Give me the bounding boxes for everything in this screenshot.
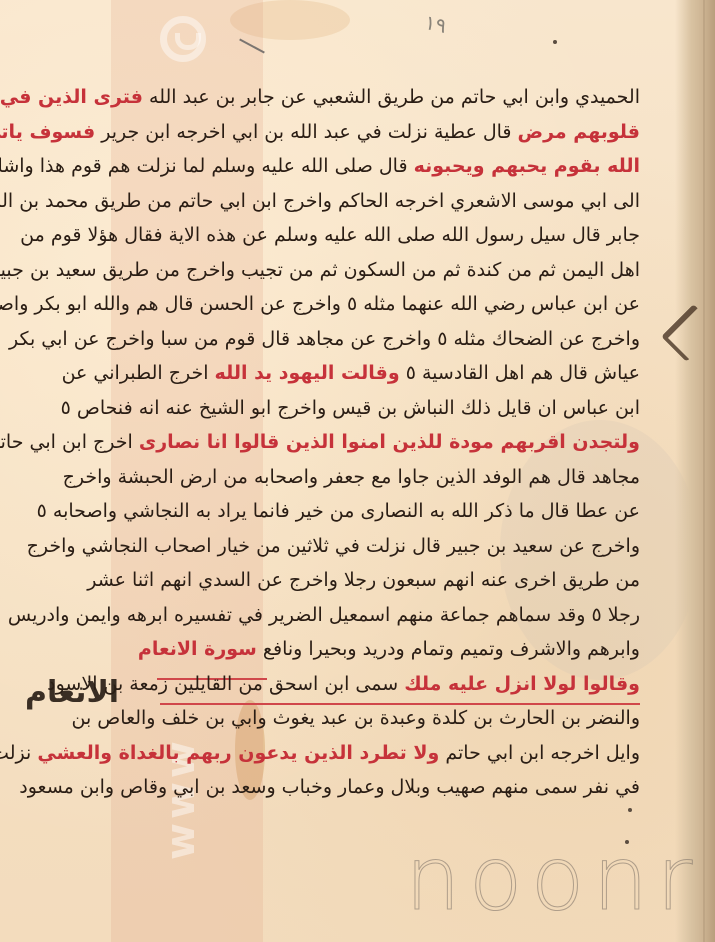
rubric-text: قلوبهم مرض bbox=[518, 121, 640, 143]
watermark-bottom-text: noonr bbox=[405, 835, 700, 923]
body-text: سمى ابن اسحق من القايلين زمعة بن الاسود bbox=[47, 673, 404, 695]
body-text: قال صلى الله عليه وسلم لما نزلت هم قوم ه… bbox=[0, 155, 414, 177]
body-text: اخرج الطبراني عن bbox=[62, 362, 215, 384]
body-text: عياش قال هم اهل القادسية ٥ bbox=[400, 362, 640, 384]
text-line: عياش قال هم اهل القادسية ٥ وقالت اليهود … bbox=[150, 356, 640, 391]
body-text: رجلا ٥ وقد سماهم جماعة منهم اسمعيل الضري… bbox=[8, 604, 640, 626]
body-text: عن ابن عباس رضي الله عنهما مثله ٥ واخرج … bbox=[0, 293, 640, 315]
text-line: وقالوا لولا انزل عليه ملك سمى ابن اسحق م… bbox=[150, 667, 640, 702]
text-line: اهل اليمن ثم من كندة ثم من السكون ثم من … bbox=[150, 253, 640, 288]
rubric-text: وقالت اليهود يد الله bbox=[215, 362, 400, 384]
manuscript-text: الحميدي وابن ابي حاتم من طريق الشعبي عن … bbox=[150, 80, 640, 805]
text-line: واخرج عن الضحاك مثله ٥ واخرج عن مجاهد قا… bbox=[150, 322, 640, 357]
rubric-text: ولا تطرد الذين يدعون ربهم بالغداة والعشي bbox=[37, 742, 439, 764]
body-text: وابرهم والاشرف وتميم وتمام ودريد وبحيرا … bbox=[257, 638, 640, 660]
text-line: مجاهد قال هم الوفد الذين جاوا مع جعفر وا… bbox=[150, 460, 640, 495]
text-line: رجلا ٥ وقد سماهم جماعة منهم اسمعيل الضري… bbox=[150, 598, 640, 633]
body-text: اهل اليمن ثم من كندة ثم من السكون ثم من … bbox=[0, 259, 640, 281]
body-text: واخرج عن الضحاك مثله ٥ واخرج عن مجاهد قا… bbox=[9, 328, 640, 350]
page-number: ١٩ bbox=[423, 10, 449, 38]
body-text: اخرج ابن ابي حاتم عن bbox=[0, 431, 139, 453]
body-text: من طريق اخرى عنه انهم سبعون رجلا واخرج ع… bbox=[87, 569, 640, 591]
rubric-text: فسوف ياتي bbox=[0, 121, 95, 143]
watermark-vertical-text: www bbox=[158, 820, 204, 860]
body-text: الى ابي موسى الاشعري اخرجه الحاكم واخرج … bbox=[0, 190, 640, 212]
text-line: وابرهم والاشرف وتميم وتمام ودريد وبحيرا … bbox=[150, 632, 640, 667]
manuscript-page: www ١٩ الانعام الحميدي وابن ابي حاتم من … bbox=[0, 0, 715, 942]
body-text: والنضر بن الحارث بن كلدة وعبدة بن عبد يغ… bbox=[72, 707, 640, 729]
rubric-text: ولتجدن اقربهم مودة للذين امنوا الذين قال… bbox=[139, 431, 640, 453]
body-text: في نفر سمى منهم صهيب وبلال وعمار وخباب و… bbox=[19, 776, 640, 798]
text-line: الى ابي موسى الاشعري اخرجه الحاكم واخرج … bbox=[150, 184, 640, 219]
body-text: واخرج عن سعيد بن جبير قال نزلت في ثلاثين… bbox=[27, 535, 640, 557]
page-edge-line bbox=[703, 0, 705, 942]
rubric-text: وقالوا لولا انزل عليه ملك bbox=[404, 673, 640, 695]
text-line: جابر قال سيل رسول الله صلى الله عليه وسل… bbox=[150, 218, 640, 253]
body-text: ابن عباس ان قايل ذلك النباش بن قيس واخرج… bbox=[61, 397, 640, 419]
body-text: جابر قال سيل رسول الله صلى الله عليه وسل… bbox=[20, 224, 640, 246]
text-line: واخرج عن سعيد بن جبير قال نزلت في ثلاثين… bbox=[150, 529, 640, 564]
rubric-text: الله بقوم يحبهم ويحبونه bbox=[414, 155, 640, 177]
rubric-text: سورة الانعام bbox=[138, 638, 257, 660]
text-line: عن ابن عباس رضي الله عنهما مثله ٥ واخرج … bbox=[150, 287, 640, 322]
dot bbox=[628, 808, 632, 812]
body-text: قال عطية نزلت في عبد الله بن ابي اخرجه ا… bbox=[95, 121, 517, 143]
text-line: من طريق اخرى عنه انهم سبعون رجلا واخرج ع… bbox=[150, 563, 640, 598]
text-line: في نفر سمى منهم صهيب وبلال وعمار وخباب و… bbox=[150, 770, 640, 805]
body-text: الحميدي وابن ابي حاتم من طريق الشعبي عن … bbox=[143, 86, 640, 108]
text-line: ولتجدن اقربهم مودة للذين امنوا الذين قال… bbox=[150, 425, 640, 460]
body-text: نزلت bbox=[0, 742, 37, 764]
body-text: وايل اخرجه ابن ابي حاتم bbox=[439, 742, 640, 764]
watermark-logo-icon bbox=[160, 16, 206, 62]
text-line: عن عطا قال ما ذكر الله به النصارى من خير… bbox=[150, 494, 640, 529]
rubric-text: فترى الذين في bbox=[0, 86, 143, 108]
text-line: الحميدي وابن ابي حاتم من طريق الشعبي عن … bbox=[150, 80, 640, 115]
body-text: عن عطا قال ما ذكر الله به النصارى من خير… bbox=[37, 500, 640, 522]
text-line: ابن عباس ان قايل ذلك النباش بن قيس واخرج… bbox=[150, 391, 640, 426]
body-text: مجاهد قال هم الوفد الذين جاوا مع جعفر وا… bbox=[63, 466, 640, 488]
page-edge bbox=[675, 0, 715, 942]
text-line: والنضر بن الحارث بن كلدة وعبدة بن عبد يغ… bbox=[150, 701, 640, 736]
text-line: قلوبهم مرض قال عطية نزلت في عبد الله بن … bbox=[150, 115, 640, 150]
text-line: وايل اخرجه ابن ابي حاتم ولا تطرد الذين ي… bbox=[150, 736, 640, 771]
text-line: الله بقوم يحبهم ويحبونه قال صلى الله علي… bbox=[150, 149, 640, 184]
dot bbox=[553, 40, 557, 44]
